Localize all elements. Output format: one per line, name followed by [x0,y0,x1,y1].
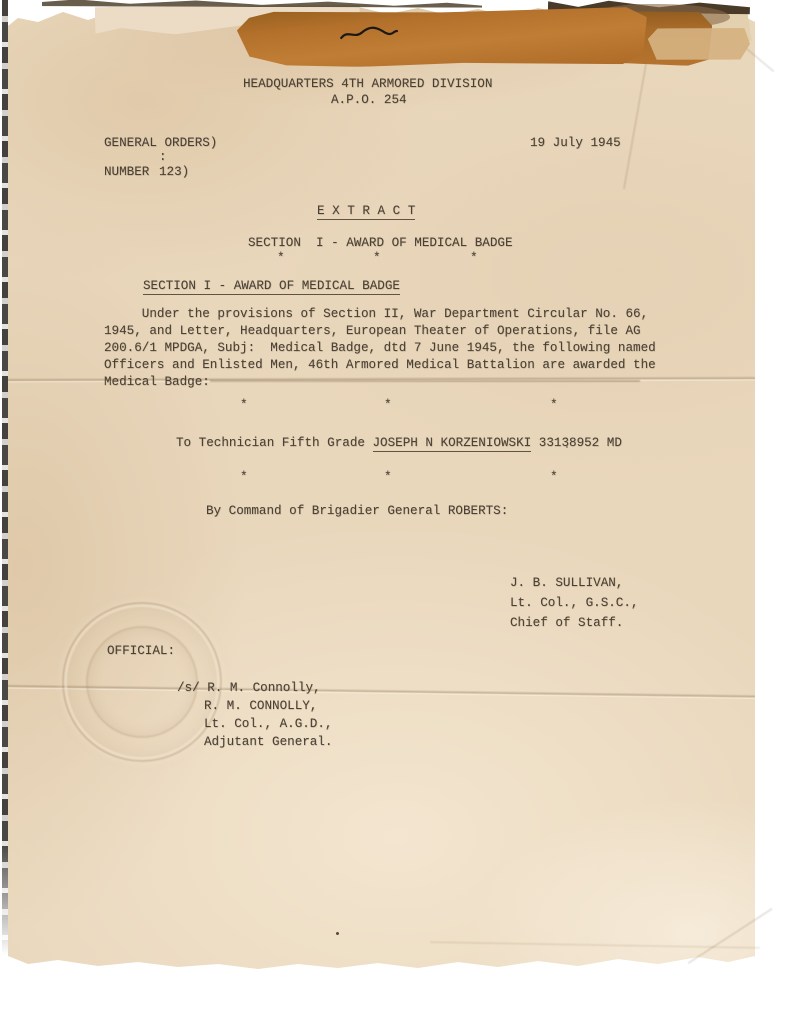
torn-dark-edge [42,0,482,8]
speck [336,932,339,935]
extract-heading: E X T R A C T [317,204,415,220]
chief-rank: Lt. Col., G.S.C., [510,596,638,610]
asterisk: * [373,251,381,265]
chief-title: Chief of Staff. [510,616,623,630]
asterisk: * [550,398,558,412]
soldier-name: JOSEPH N KORZENIOWSKI [373,436,532,452]
asterisk: * [240,398,248,412]
award-line: To Technician Fifth Grade JOSEPH N KORZE… [176,436,622,450]
adjutant-title: Adjutant General. [204,735,332,749]
body-line: Officers and Enlisted Men, 46th Armored … [104,358,656,372]
adjutant-signature: /s/ R. M. Connolly, [177,681,321,695]
asterisk: * [384,398,392,412]
body-line: Under the provisions of Section II, War … [104,307,648,321]
asterisk: * [470,251,478,265]
body-line: 1945, and Letter, Headquarters, European… [104,324,641,338]
award-prefix: To Technician Fifth Grade [176,436,373,450]
body-line: 200.6/1 MPDGA, Subj: Medical Badge, dtd … [104,341,656,355]
tape-piece-main [237,7,648,68]
tape-remnant-light [647,25,750,63]
asterisk: * [240,470,248,484]
scanned-document: HEADQUARTERS 4TH ARMORED DIVISION A.P.O.… [0,0,791,1024]
adjutant-rank: Lt. Col., A.G.D., [204,717,332,731]
adjutant-name: R. M. CONNOLLY, [204,699,317,713]
asterisk: * [550,470,558,484]
scanner-edge-left [2,0,8,955]
soldier-serial: 33138952 MD [531,436,622,450]
section-heading: SECTION I - AWARD OF MEDICAL BADGE [143,279,400,295]
number-label: NUMBER [104,165,149,179]
chief-name: J. B. SULLIVAN, [510,576,623,590]
orders-colon: : [159,150,167,164]
command-line: By Command of Brigadier General ROBERTS: [206,504,508,518]
section-subtitle: SECTION I - AWARD OF MEDICAL BADGE [248,236,513,250]
general-orders-label: GENERAL ORDERS) [104,136,217,150]
headquarters-title: HEADQUARTERS 4TH ARMORED DIVISION [243,77,492,91]
order-date: 19 July 1945 [530,136,621,150]
asterisk: * [277,251,285,265]
apo-line: A.P.O. 254 [331,93,407,107]
official-label: OFFICIAL: [107,644,175,658]
order-number: 123) [159,165,189,179]
body-line: Medical Badge: [104,375,210,389]
asterisk: * [384,470,392,484]
fold-crease-shadow [210,380,640,382]
